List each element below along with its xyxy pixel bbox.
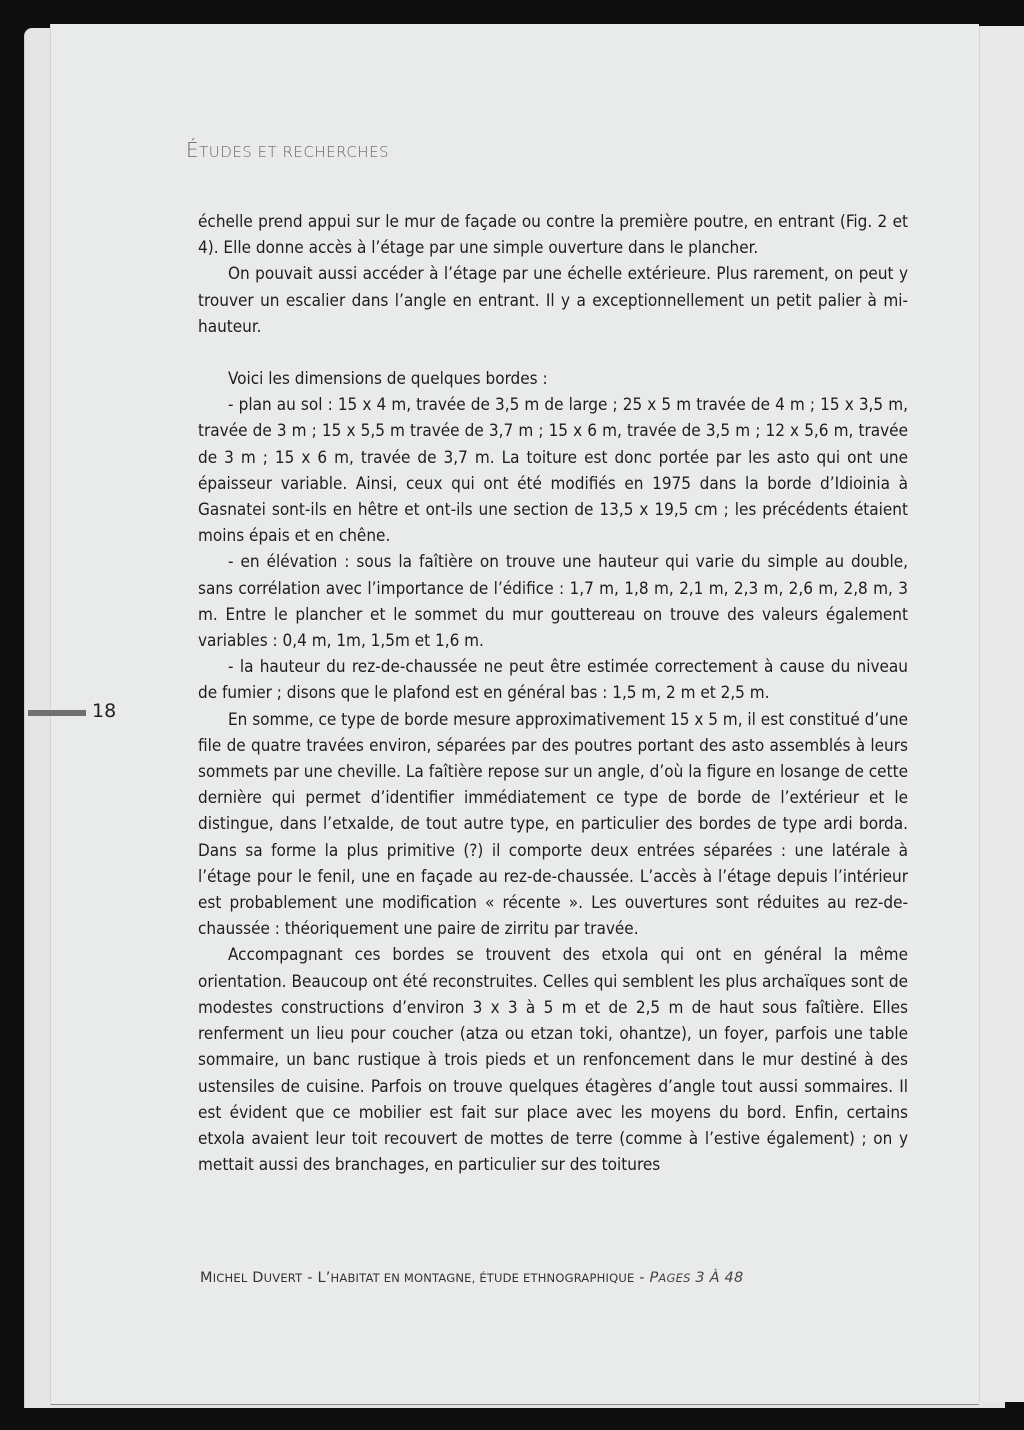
paragraph: échelle prend appui sur le mur de façade… bbox=[198, 209, 908, 261]
page-number: 18 bbox=[92, 700, 116, 722]
paragraph: Accompagnant ces bordes se trouvent des … bbox=[198, 942, 908, 1178]
running-head-initial: É bbox=[186, 138, 199, 162]
body-text: échelle prend appui sur le mur de façade… bbox=[198, 209, 908, 1178]
paragraph-list-item: - plan au sol : 15 x 4 m, travée de 3,5 … bbox=[198, 392, 908, 549]
footer-separator: - bbox=[634, 1270, 649, 1286]
footer-pages-range: 3 À 48 bbox=[691, 1270, 744, 1286]
running-head-text: TUDES ET RECHERCHES bbox=[199, 143, 389, 161]
paragraph-list-item: - la hauteur du rez-de-chaussée ne peut … bbox=[198, 654, 908, 706]
folio-marker-bar bbox=[28, 710, 86, 716]
footer-author-initial: M bbox=[200, 1270, 213, 1286]
paragraph: En somme, ce type de borde mesure approx… bbox=[198, 707, 908, 943]
running-head: ÉTUDES ET RECHERCHES bbox=[186, 138, 389, 162]
footer-title-initial: L’ bbox=[317, 1270, 330, 1286]
facing-page-edge bbox=[978, 26, 1024, 1402]
footer-separator: - bbox=[302, 1270, 317, 1286]
footer-author-last: UVERT bbox=[264, 1271, 303, 1285]
paragraph: Voici les dimensions de quelques bordes … bbox=[198, 366, 908, 392]
footer-author-first: ICHEL bbox=[213, 1271, 248, 1285]
paragraph-list-item: - en élévation : sous la faîtière on tro… bbox=[198, 549, 908, 654]
page-footer: MICHEL DUVERT - L’HABITAT EN MONTAGNE, É… bbox=[200, 1270, 743, 1286]
footer-title: HABITAT EN MONTAGNE, ÉTUDE ETHNOGRAPHIQU… bbox=[331, 1271, 635, 1285]
footer-author-last-initial: D bbox=[252, 1270, 263, 1286]
footer-pages-label: AGES bbox=[658, 1271, 690, 1285]
paragraph: On pouvait aussi accéder à l’étage par u… bbox=[198, 261, 908, 340]
